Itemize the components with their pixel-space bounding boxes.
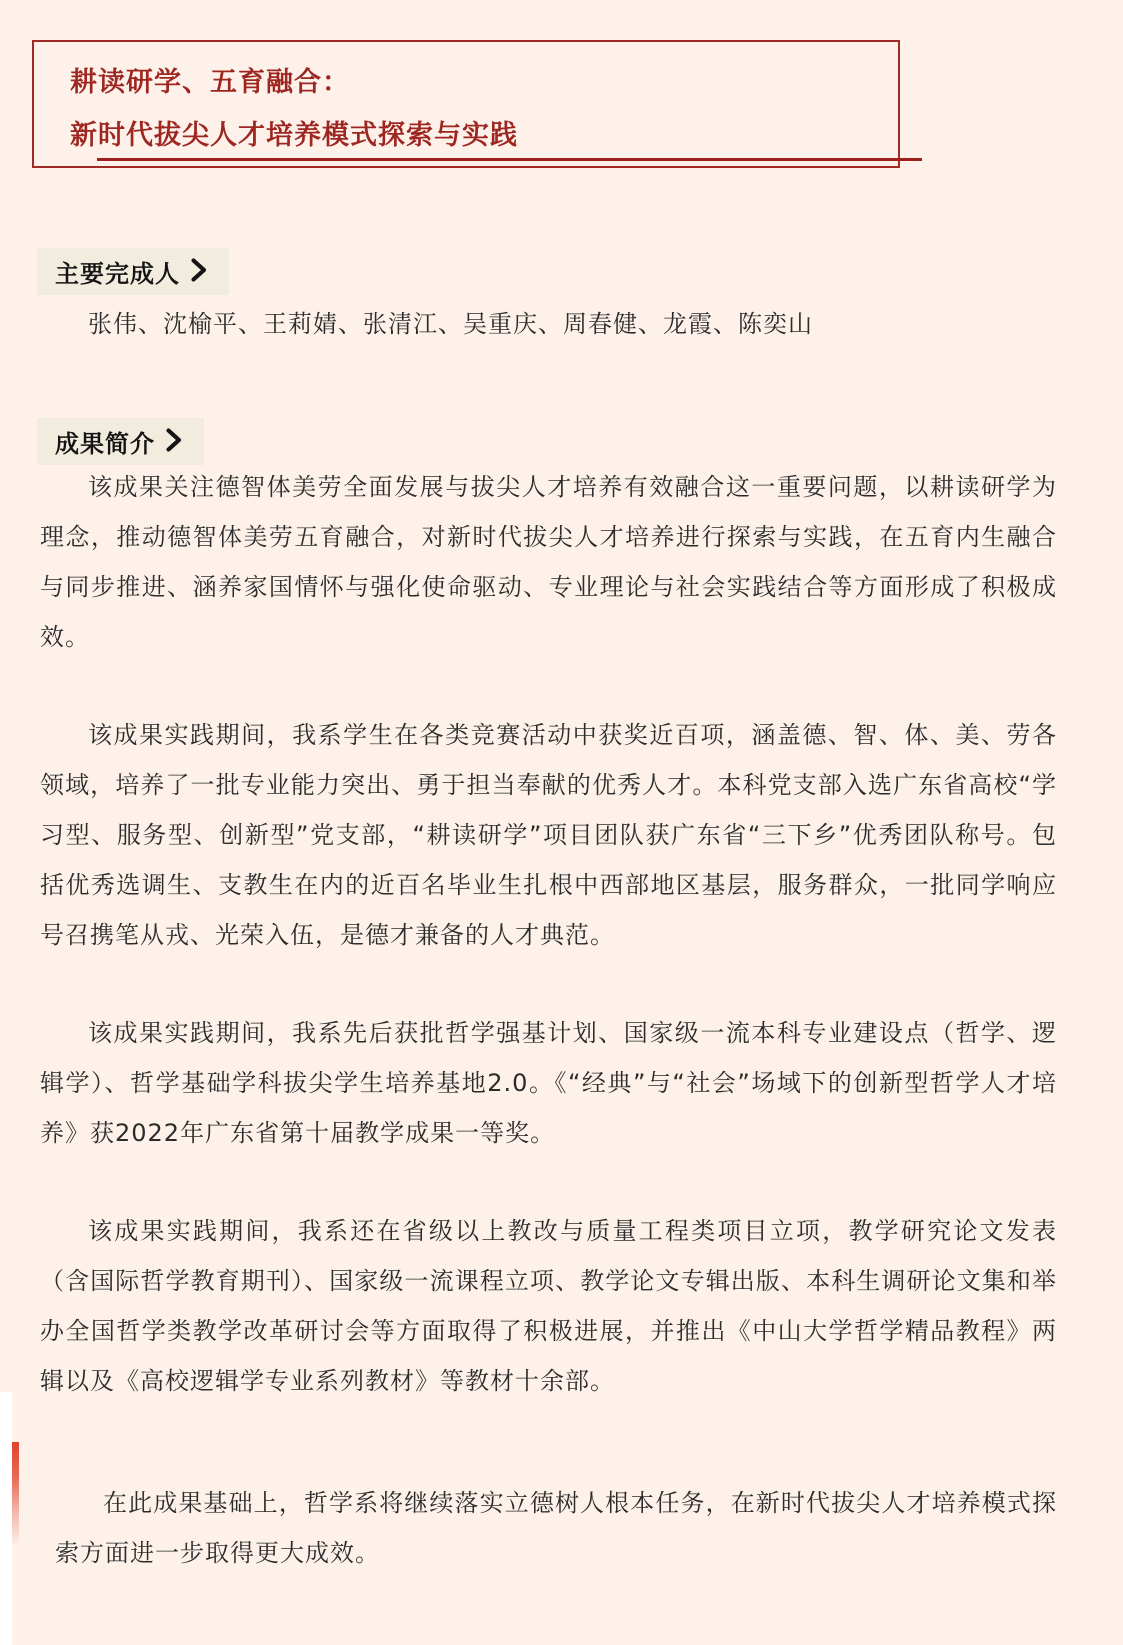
red-accent-bar [12, 1442, 19, 1544]
contributors-names: 张伟、沈榆平、王莉婧、张清江、吴重庆、周春健、龙霞、陈奕山 [40, 303, 1060, 345]
section-header-summary-label: 成果简介 [55, 424, 155, 459]
page-title-line1: 耕读研学、五育融合： [70, 56, 518, 109]
page-title: 耕读研学、五育融合： 新时代拔尖人才培养模式探索与实践 [70, 56, 518, 162]
section-header-contributors: 主要完成人 [37, 248, 229, 295]
chevron-right-icon [165, 428, 182, 458]
article-page: 耕读研学、五育融合： 新时代拔尖人才培养模式探索与实践 主要完成人 张伟、沈榆平… [0, 0, 1123, 1645]
chevron-right-icon [190, 258, 207, 288]
summary-paragraph-2: 该成果实践期间，我系学生在各类竞赛活动中获奖近百项，涵盖德、智、体、美、劳各领域… [40, 710, 1057, 960]
title-box: 耕读研学、五育融合： 新时代拔尖人才培养模式探索与实践 [32, 40, 900, 168]
summary-paragraph-3: 该成果实践期间，我系先后获批哲学强基计划、国家级一流本科专业建设点（哲学、逻辑学… [40, 1008, 1057, 1158]
summary-paragraph-1: 该成果关注德智体美劳全面发展与拔尖人才培养有效融合这一重要问题，以耕读研学为理念… [40, 462, 1057, 662]
title-underline [97, 158, 922, 161]
page-title-line2: 新时代拔尖人才培养模式探索与实践 [70, 109, 518, 162]
section-header-summary: 成果简介 [37, 418, 204, 465]
closing-paragraph: 在此成果基础上，哲学系将继续落实立德树人根本任务，在新时代拔尖人才培养模式探索方… [55, 1478, 1057, 1578]
page-left-margin [0, 1392, 12, 1645]
section-header-contributors-label: 主要完成人 [55, 254, 180, 289]
summary-body: 该成果关注德智体美劳全面发展与拔尖人才培养有效融合这一重要问题，以耕读研学为理念… [40, 462, 1057, 1406]
summary-paragraph-4: 该成果实践期间，我系还在省级以上教改与质量工程类项目立项，教学研究论文发表（含国… [40, 1206, 1057, 1406]
